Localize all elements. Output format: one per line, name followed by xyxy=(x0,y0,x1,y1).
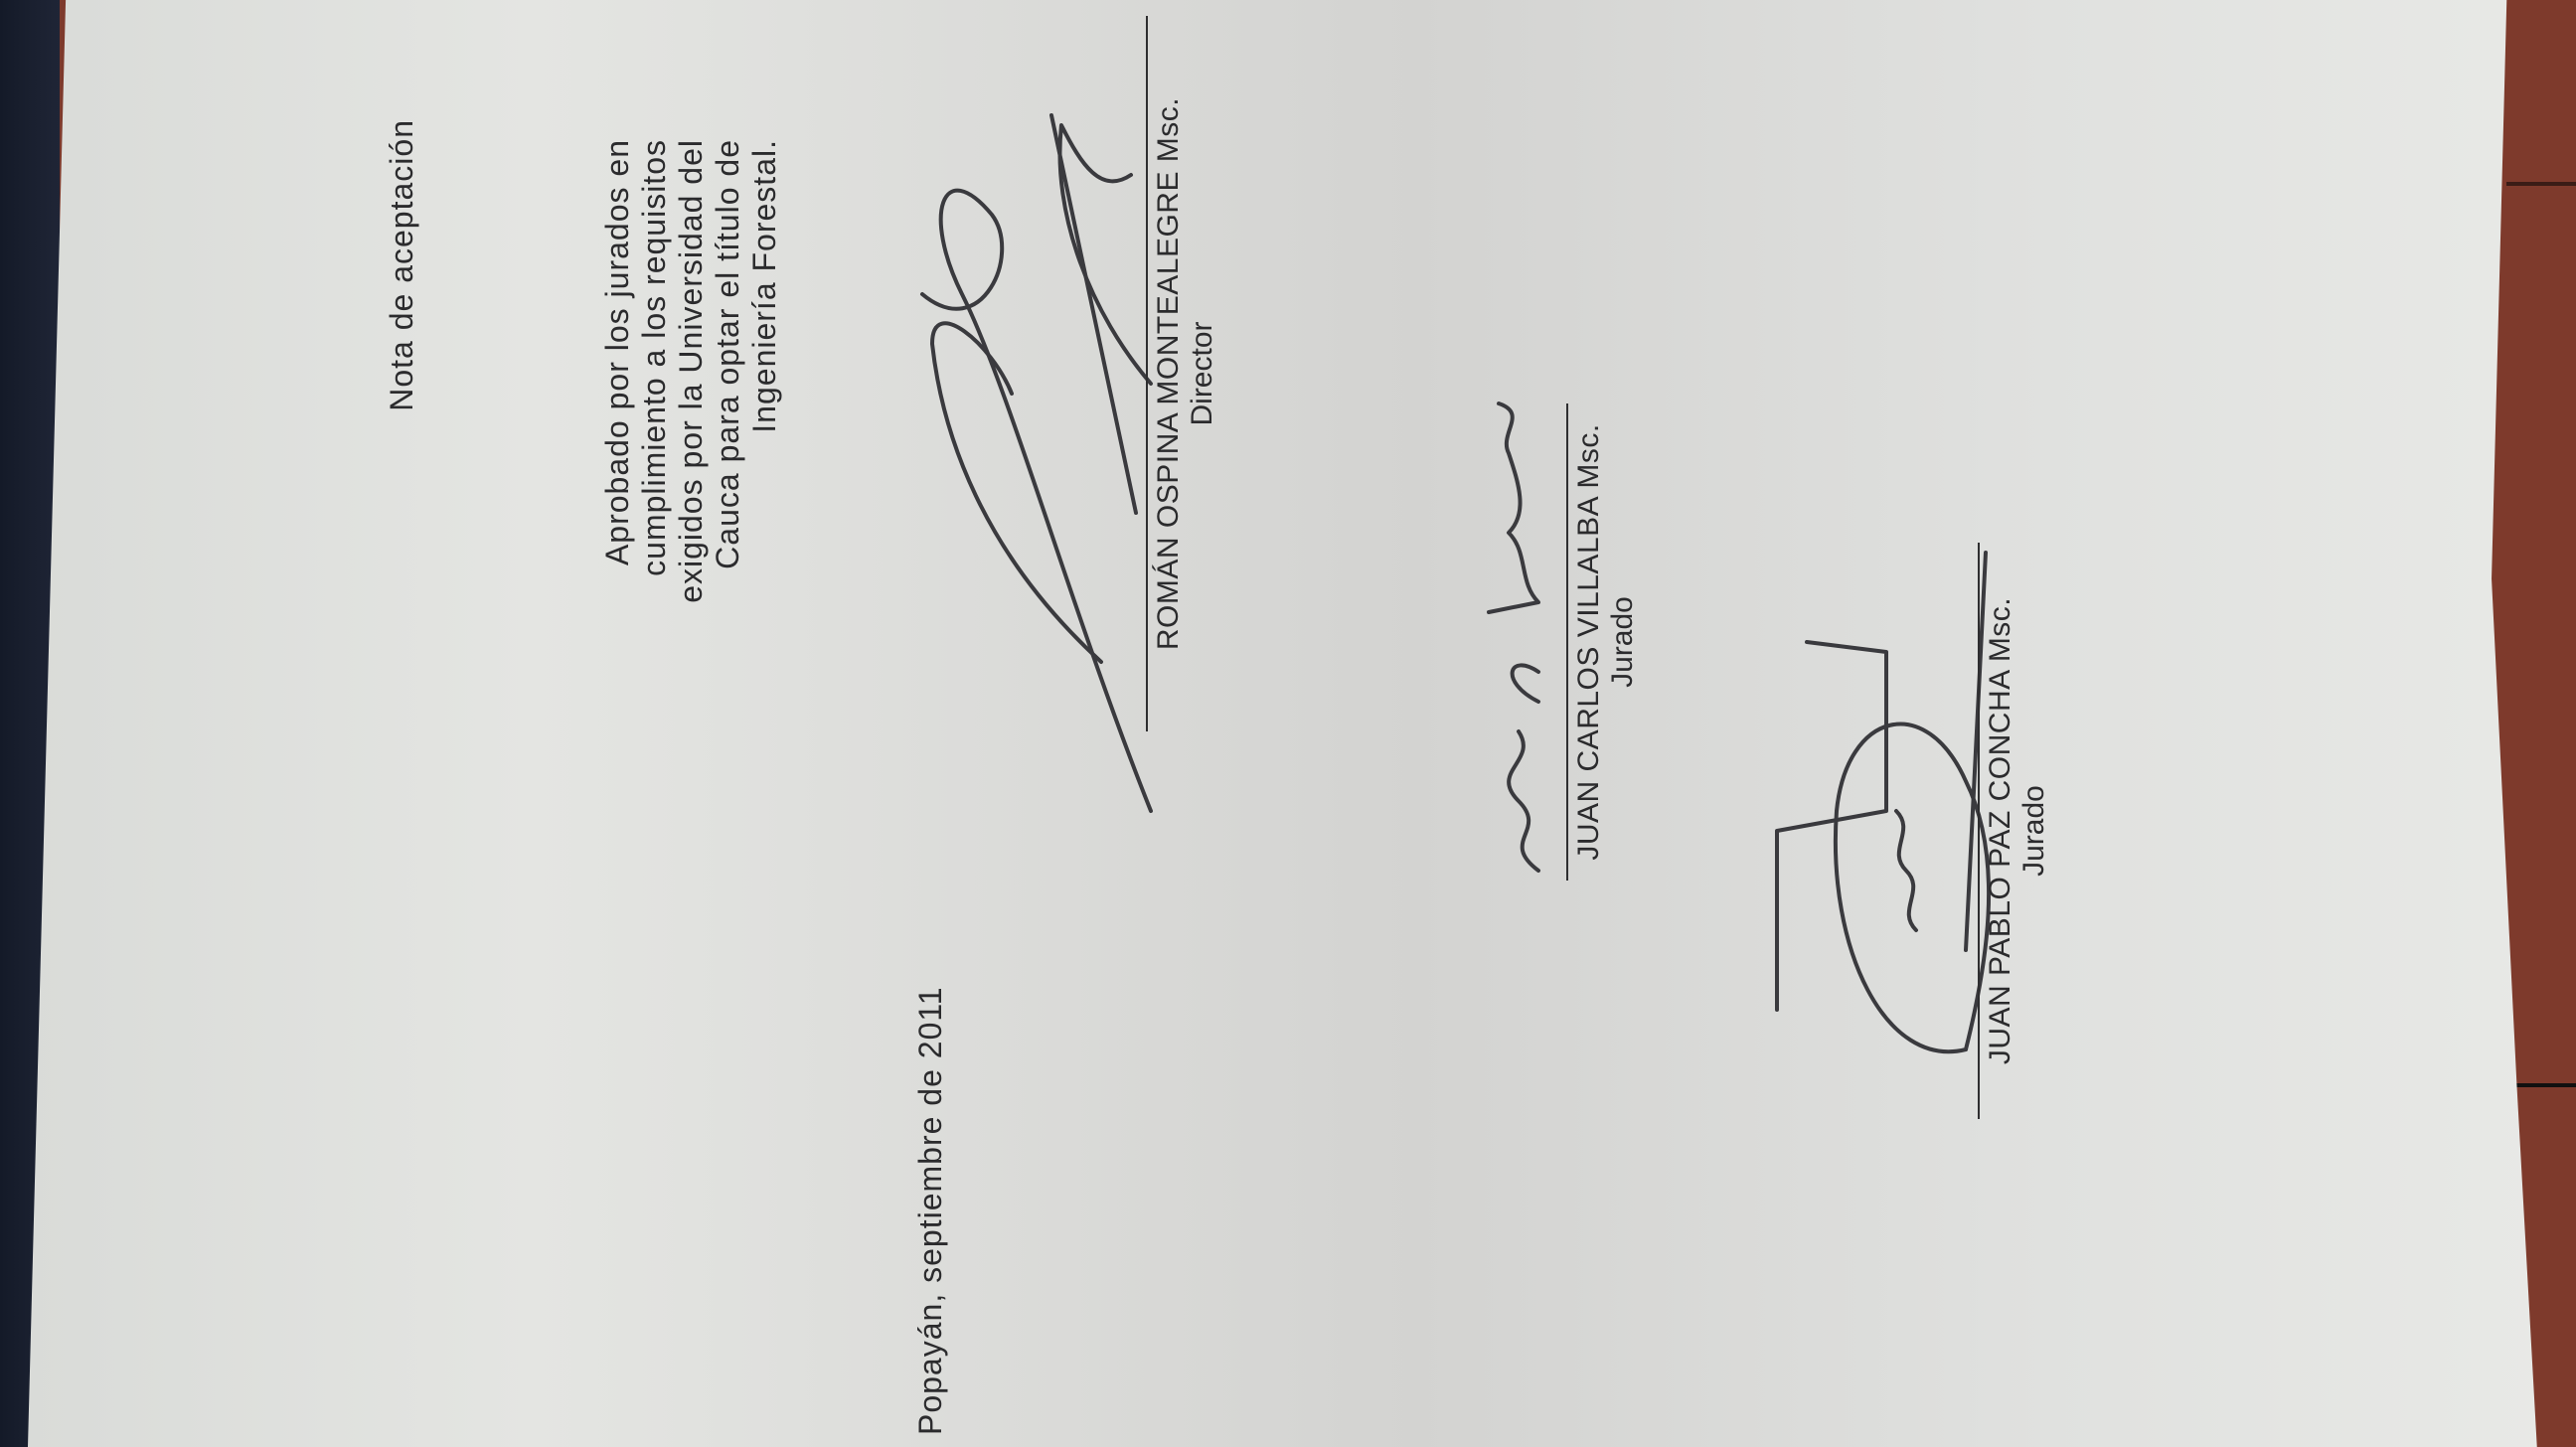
signature-block-director: ROMÁN OSPINA MONTEALEGRE Msc. Director xyxy=(1146,16,1219,731)
signatory-role: Director xyxy=(1186,16,1219,731)
signatory-role: Jurado xyxy=(1606,403,1640,881)
approval-line: Aprobado por los jurados en xyxy=(599,139,636,894)
signatory-name: JUAN PABLO PAZ CONCHA Msc. xyxy=(1984,543,2017,1119)
signatory-name: ROMÁN OSPINA MONTEALEGRE Msc. xyxy=(1152,16,1186,731)
signature-jurado-1 xyxy=(1479,394,1558,871)
page-heading: Nota de aceptación xyxy=(384,119,420,411)
signature-line xyxy=(1566,403,1568,881)
approval-line: cumplimiento a los requisitos xyxy=(636,139,673,894)
signatory-role: Jurado xyxy=(2017,543,2051,1119)
signature-line xyxy=(1146,16,1148,731)
signature-block-jurado-1: JUAN CARLOS VILLALBA Msc. Jurado xyxy=(1566,403,1640,881)
acceptance-page: Nota de aceptación Aprobado por los jura… xyxy=(28,0,2552,1447)
approval-line: Cauca para optar el título de xyxy=(710,139,746,894)
signature-line xyxy=(1978,543,1980,1119)
place-and-date: Popayán, septiembre de 2011 xyxy=(912,986,949,1435)
approval-paragraph: Aprobado por los jurados en cumplimiento… xyxy=(599,139,783,894)
signature-director xyxy=(902,115,1161,811)
approval-line: exigidos por la Universidad del xyxy=(673,139,710,894)
signature-block-jurado-2: JUAN PABLO PAZ CONCHA Msc. Jurado xyxy=(1978,543,2051,1119)
approval-line: Ingeniería Forestal. xyxy=(746,139,783,894)
signatory-name: JUAN CARLOS VILLALBA Msc. xyxy=(1572,403,1606,881)
